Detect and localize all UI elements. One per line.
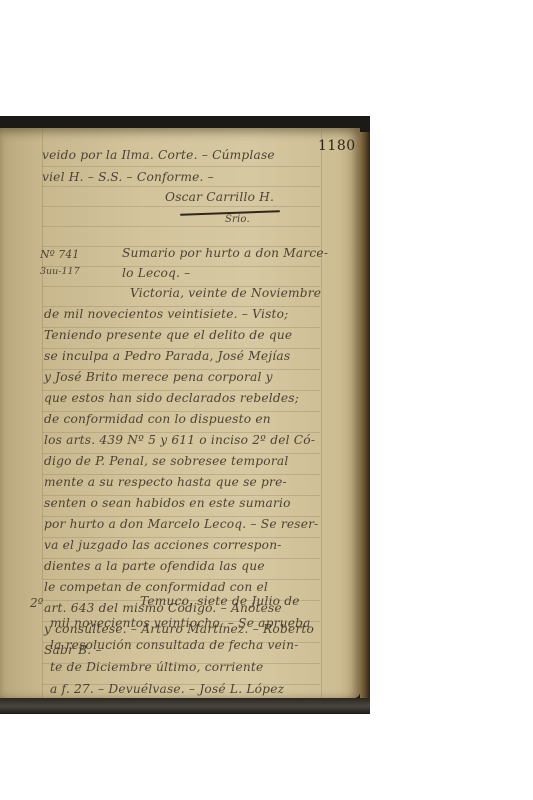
handwritten-line: y consúltese. – Arturo Martínez. – Rober… xyxy=(44,622,314,636)
handwritten-line: Sabr B. – xyxy=(44,643,102,657)
handwritten-line: viel H. – S.S. – Conforme. – xyxy=(42,170,214,184)
ledger-book: 1180 veido por la Ilma. Corte. – Cúmplas… xyxy=(0,116,370,714)
handwritten-line: dientes a la parte ofendida las que xyxy=(44,559,265,573)
ruled-line xyxy=(42,206,320,207)
ruled-line xyxy=(42,166,320,167)
ruled-line xyxy=(42,663,320,664)
handwritten-line: Teniendo presente que el delito de que xyxy=(44,328,292,342)
handwritten-line: los arts. 439 Nº 5 y 611 o inciso 2º del… xyxy=(44,433,315,447)
handwritten-line: Victoria, veinte de Noviembre xyxy=(130,286,321,300)
handwritten-line: se inculpa a Pedro Parada, José Mejías xyxy=(44,349,290,363)
handwritten-line: mente a su respecto hasta que se pre- xyxy=(44,475,287,489)
page-edge xyxy=(360,132,370,698)
ruled-line xyxy=(42,226,320,227)
handwritten-line: por hurto a don Marcelo Lecoq. – Se rese… xyxy=(44,517,318,531)
page-number: 1180 xyxy=(318,138,356,154)
handwritten-line: de mil novecientos veintisiete. – Visto; xyxy=(44,307,288,321)
signature: Oscar Carrillo H. xyxy=(165,190,274,204)
entry-title-line: Sumario por hurto a don Marce- xyxy=(122,246,328,260)
handwritten-line: veido por la Ilma. Corte. – Cúmplase xyxy=(42,148,275,162)
handwritten-line: art. 643 del mismo Código. – Anótese xyxy=(44,601,282,615)
entry-title-line: lo Lecoq. – xyxy=(122,266,190,280)
ledger-page: 1180 veido por la Ilma. Corte. – Cúmplas… xyxy=(0,128,360,698)
handwritten-line: le competan de conformidad con el xyxy=(44,580,268,594)
ruled-line xyxy=(42,684,320,685)
handwritten-line: digo de P. Penal, se sobresee temporal xyxy=(44,454,288,468)
handwritten-line: de conformidad con lo dispuesto en xyxy=(44,412,271,426)
signature-subscript: Srio. xyxy=(225,214,250,225)
handwritten-line: que estos han sido declarados rebeldes; xyxy=(44,391,299,405)
scan-canvas: 1180 veido por la Ilma. Corte. – Cúmplas… xyxy=(0,0,533,800)
handwritten-line: va el juzgado las acciones correspon- xyxy=(44,538,282,552)
handwritten-line: y José Brito merece pena corporal y xyxy=(44,370,273,384)
entry-reference: 3uu-117 xyxy=(40,266,80,277)
book-bottom-shadow xyxy=(0,698,370,714)
handwritten-line: senten o sean habidos en este sumario xyxy=(44,496,291,510)
entry-number: Nº 741 xyxy=(40,248,79,261)
ruled-line xyxy=(42,186,320,187)
